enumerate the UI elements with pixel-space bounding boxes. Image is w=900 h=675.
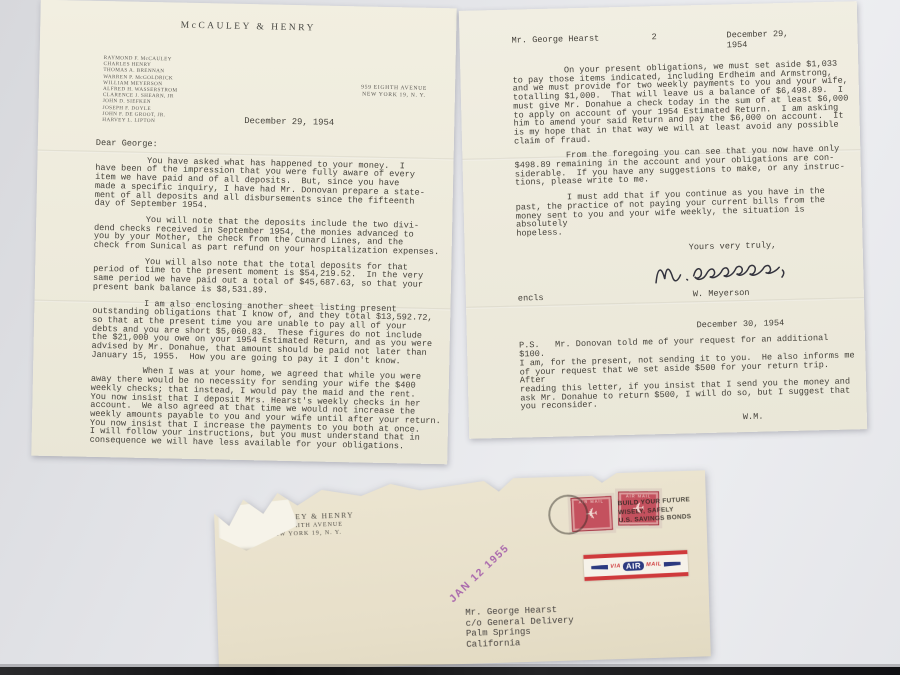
label-air-text: AIR <box>623 561 645 571</box>
cancellation-slogan: BUILD YOUR FUTURE WISELY, SAFELY U.S. SA… <box>618 495 719 526</box>
label-via-text: VIA <box>610 563 621 570</box>
page2-header: Mr. George Hearst 2 December 29, 1954 <box>511 28 811 45</box>
letter-page-1: McCAULEY & HENRY RAYMOND F. McCAULEY CHA… <box>31 0 456 464</box>
typed-signature: W. Meyerson <box>693 289 750 299</box>
letterhead-attorney-list: RAYMOND F. McCAULEY CHARLES HENRY THOMAS… <box>102 55 178 125</box>
letterhead-firm-name: McCAULEY & HENRY <box>40 18 456 37</box>
postscript-date: December 30, 1954 <box>696 317 858 330</box>
letter-body: On your present obligations, we must set… <box>512 59 861 427</box>
salutation: Dear George: <box>96 139 448 155</box>
paragraph: You will note that the deposits include … <box>94 215 447 257</box>
paragraph: I am also enclosing another sheet listin… <box>91 298 444 366</box>
signature-block: encls W. Meyerson <box>518 286 858 303</box>
handwritten-signature <box>648 249 800 290</box>
paragraph: On your present obligations, we must set… <box>512 59 854 146</box>
photo-of-documents: McCAULEY & HENRY RAYMOND F. McCAULEY CHA… <box>0 0 900 675</box>
paragraph: You have asked what has happened to your… <box>94 156 447 216</box>
paragraph: When I was at your home, we agreed that … <box>90 366 444 452</box>
header-date: December 29, 1954 <box>726 28 811 50</box>
postscript-initials: W.M. <box>743 410 861 422</box>
via-air-mail-label: VIA AIR MAIL <box>583 550 688 581</box>
envelope-face: McCAULEY & HENRY 959 EIGHTH AVENUE NEW Y… <box>213 470 711 671</box>
torn-paper-flap <box>218 499 300 551</box>
postscript: P.S. Mr. Donovan told me of your request… <box>519 334 861 412</box>
letterhead-office-address: 959 EIGHTH AVENUE NEW YORK 19, N. Y. <box>351 84 437 100</box>
wing-icon <box>663 561 680 567</box>
letter-page-2: Mr. George Hearst 2 December 29, 1954 On… <box>459 1 867 439</box>
letter-body: Dear George: You have asked what has hap… <box>89 139 447 459</box>
header-addressee: Mr. George Hearst <box>511 34 599 46</box>
envelope-recipient-address: Mr. George Hearst c/o General Delivery P… <box>465 605 574 650</box>
wing-icon <box>591 564 608 570</box>
enclosure-note: encls <box>518 293 544 304</box>
paragraph: From the foregoing you can see that you … <box>514 145 855 188</box>
mailing-envelope: McCAULEY & HENRY 959 EIGHTH AVENUE NEW Y… <box>213 470 711 671</box>
label-mail-text: MAIL <box>646 561 662 568</box>
letter-date: December 29, 1954 <box>244 116 334 128</box>
paragraph: I must add that if you continue as you h… <box>515 186 856 238</box>
table-edge <box>0 667 900 675</box>
page-number: 2 <box>651 32 656 42</box>
postmark-date-stamp: JAN 12 1955 <box>447 542 512 605</box>
paragraph: You will also note that the total deposi… <box>93 257 446 299</box>
